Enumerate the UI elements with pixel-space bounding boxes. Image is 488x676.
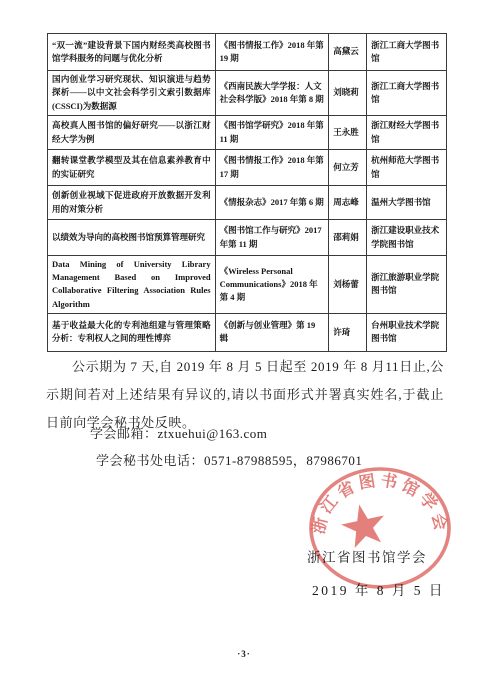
seal-ring [311,469,449,587]
document-page: “双一流”建设背景下国内财经类高校图书馆学科服务的问题与优化分析《图书情报工作》… [0,0,488,676]
cell-title: 高校真人图书馆的偏好研究——以浙江财经大学为例 [48,116,216,150]
seal-star-icon [338,500,389,550]
cell-title: 国内创业学习研究现状、知识演进与趋势探析——以中文社会科学引文索引数据库(CSS… [48,71,216,116]
cell-author: 周志峰 [329,186,367,220]
cell-library: 浙江财经大学图书馆 [367,116,447,150]
cell-journal: 《图书馆工作与研究》2017 年第 11 期 [215,220,329,256]
society-phone-line: 学会秘书处电话：0571-87988595，87986701 [96,450,362,469]
seal-arc-text-holder: 浙江省图书馆学会 [308,471,453,536]
table-row: “双一流”建设背景下国内财经类高校图书馆学科服务的问题与优化分析《图书情报工作》… [48,34,447,71]
cell-journal: 《情报杂志》2017 年第 6 期 [215,186,329,220]
cell-library: 浙江旅游职业学院图书馆 [367,256,447,314]
cell-author: 王永胜 [329,116,367,150]
cell-title: 以绩效为导向的高校图书馆预算管理研究 [48,220,216,256]
cell-journal: 《Wireless Personal Communications》2018 年… [215,256,329,314]
cell-title: 基于收益最大化的专利池组建与管理策略分析：专利权人之间的理性博弈 [48,313,216,351]
cell-author: 邵莉娟 [329,220,367,256]
table-row: 国内创业学习研究现状、知识演进与趋势探析——以中文社会科学引文索引数据库(CSS… [48,71,447,116]
society-email-line: 学会邮箱：ztxuehui@163.com [90,423,267,442]
cell-journal: 《图书馆学研究》2018 年第 11 期 [215,116,329,150]
cell-library: 杭州师范大学图书馆 [367,150,447,186]
table-row: 创新创业视域下促进政府开放数据开发利用的对策分析《情报杂志》2017 年第 6 … [48,186,447,220]
cell-library: 浙江建设职业技术学院图书馆 [367,220,447,256]
cell-journal: 《西南民族大学学报：人文社会科学版》2018 年第 8 期 [215,71,329,116]
table-row: 翻转课堂教学模型及其在信息素养教育中的实证研究《图书情报工作》2018 年第 1… [48,150,447,186]
seal-arc-text: 浙江省图书馆学会 [308,471,453,536]
table-row: 以绩效为导向的高校图书馆预算管理研究《图书馆工作与研究》2017 年第 11 期… [48,220,447,256]
results-table: “双一流”建设背景下国内财经类高校图书馆学科服务的问题与优化分析《图书情报工作》… [47,33,447,352]
cell-title: 创新创业视域下促进政府开放数据开发利用的对策分析 [48,186,216,220]
table-row: 基于收益最大化的专利池组建与管理策略分析：专利权人之间的理性博弈《创新与创业管理… [48,313,447,351]
cell-library: 浙江工商大学图书馆 [367,34,447,71]
page-number: ·3· [0,649,488,659]
cell-library: 浙江工商大学图书馆 [367,71,447,116]
cell-journal: 《创新与创业管理》第 19 辑 [215,313,329,351]
cell-author: 刘晓莉 [329,71,367,116]
table-row: Data Mining of University Library Manage… [48,256,447,314]
cell-library: 台州职业技术学院图书馆 [367,313,447,351]
cell-journal: 《图书情报工作》2018 年第 19 期 [215,34,329,71]
cell-author: 刘杨蕾 [329,256,367,314]
cell-library: 温州大学图书馆 [367,186,447,220]
cell-title: Data Mining of University Library Manage… [48,256,216,314]
cell-author: 许琦 [329,313,367,351]
cell-journal: 《图书情报工作》2018 年第 17 期 [215,150,329,186]
official-seal-stamp-icon: 浙江省图书馆学会 [302,464,458,596]
results-table-body: “双一流”建设背景下国内财经类高校图书馆学科服务的问题与优化分析《图书情报工作》… [48,34,447,352]
table-row: 高校真人图书馆的偏好研究——以浙江财经大学为例《图书馆学研究》2018 年第 1… [48,116,447,150]
cell-title: “双一流”建设背景下国内财经类高校图书馆学科服务的问题与优化分析 [48,34,216,71]
signature-date: 2019 年 8 月 5 日 [312,579,445,599]
signing-organization: 浙江省图书馆学会 [307,546,427,566]
cell-title: 翻转课堂教学模型及其在信息素养教育中的实证研究 [48,150,216,186]
cell-author: 高黛云 [329,34,367,71]
cell-author: 何立芳 [329,150,367,186]
